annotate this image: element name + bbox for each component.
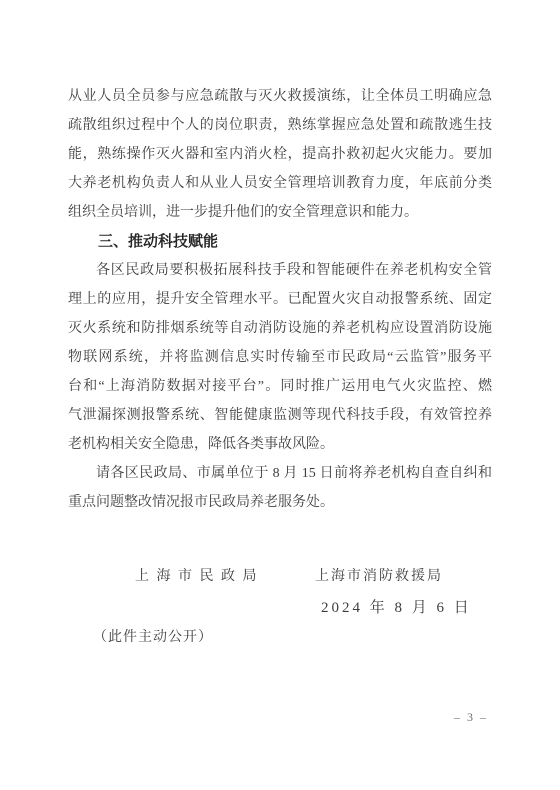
text-line: 物联网系统，并将监测信息实时传输至市民政局“云监管”服务平 (68, 343, 492, 372)
text-line: 疏散组织过程中个人的岗位职责，熟练掌握应急处置和疏散逃生技 (68, 111, 492, 140)
text-line: 能，熟练操作灭火器和室内消火栓，提高扑救初起火灾能力。要加 (68, 140, 492, 169)
note-row: （此件主动公开） (68, 623, 492, 652)
text-line: 重点问题整改情况报市民政局养老服务处。 (68, 488, 492, 517)
text-line: 理上的应用，提升安全管理水平。已配置火灾自动报警系统、固定 (68, 285, 492, 314)
document-body: 从业人员全员参与应急疏散与灭火救援演练，让全体员工明确应急疏散组织过程中个人的岗… (68, 82, 492, 652)
paragraph: 各区民政局要积极拓展科技手段和智能硬件在养老机构安全管理上的应用，提升安全管理水… (68, 256, 492, 459)
signature-right-org: 上海市消防救援局 (315, 562, 443, 591)
text-line: 老机构相关安全隐患，降低各类事故风险。 (68, 430, 492, 459)
date-row: 2024 年 8 月 6 日 (68, 594, 492, 623)
paragraph: 请各区民政局、市属单位于 8 月 15 日前将养老机构自查自纠和重点问题整改情况… (68, 459, 492, 517)
section-heading: 三、推动科技赋能 (68, 227, 492, 256)
text-line: 大养老机构负责人和从业人员安全管理培训教育力度，年底前分类 (68, 169, 492, 198)
text-line: 组织全员培训，进一步提升他们的安全管理意识和能力。 (68, 198, 492, 227)
signature-row: 上 海 市 民 政 局 上海市消防救援局 (68, 562, 492, 591)
document-text: 从业人员全员参与应急疏散与灭火救援演练，让全体员工明确应急疏散组织过程中个人的岗… (68, 82, 492, 517)
signature-date: 2024 年 8 月 6 日 (321, 594, 472, 623)
signature-left-org: 上 海 市 民 政 局 (135, 562, 259, 591)
document-page: 从业人员全员参与应急疏散与灭火救援演练，让全体员工明确应急疏散组织过程中个人的岗… (0, 0, 560, 790)
text-line: 三、推动科技赋能 (68, 227, 492, 256)
text-line: 灭火系统和防排烟系统等自动消防设施的养老机构应设置消防设施 (68, 314, 492, 343)
text-line: 气泄漏探测报警系统、智能健康监测等现代科技手段，有效管控养 (68, 401, 492, 430)
page-number: – 3 – (454, 709, 488, 725)
text-line: 台和“上海消防数据对接平台”。同时推广运用电气火灾监控、燃 (68, 372, 492, 401)
paragraph: 从业人员全员参与应急疏散与灭火救援演练，让全体员工明确应急疏散组织过程中个人的岗… (68, 82, 492, 227)
text-line: 请各区民政局、市属单位于 8 月 15 日前将养老机构自查自纠和 (68, 459, 492, 488)
text-line: 从业人员全员参与应急疏散与灭火救援演练，让全体员工明确应急 (68, 82, 492, 111)
text-line: 各区民政局要积极拓展科技手段和智能硬件在养老机构安全管 (68, 256, 492, 285)
disclosure-note: （此件主动公开） (93, 623, 213, 652)
